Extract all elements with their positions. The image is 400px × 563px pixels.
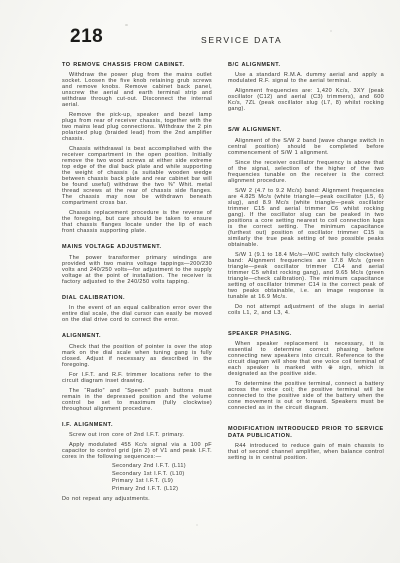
page-number: 218 — [70, 26, 103, 48]
paragraph: For I.F.T. and R.F. trimmer locations re… — [62, 372, 212, 384]
section-heading: MAINS VOLTAGE ADJUSTMENT. — [62, 244, 212, 250]
list-item: Primary 1st I.F.T. (L9) — [112, 478, 212, 484]
paragraph: Withdraw the power plug from the mains o… — [62, 72, 212, 108]
paragraph: Chassis withdrawal is best accomplished … — [62, 146, 212, 206]
section-dial-calibration: DIAL CALIBRATION. In the event of an equ… — [62, 295, 212, 323]
paragraph: S/W 1 (9.1 to 18.4 Mc/s—W/C switch fully… — [228, 252, 384, 300]
paragraph: R44 introduced to reduce gain of main ch… — [228, 443, 384, 461]
section-heading: SPEAKER PHASING. — [228, 331, 384, 337]
paragraph: Screw out iron core of 2nd I.F.T. primar… — [62, 432, 212, 438]
section-heading: S/W ALIGNMENT. — [228, 127, 384, 133]
section-bc-alignment: B/C ALIGNMENT. Use a standard R.M.A. dum… — [228, 62, 384, 112]
section-heading: MODIFICATION INTRODUCED PRIOR TO SERVICE… — [228, 426, 384, 439]
section-alignment: ALIGNMENT. Check that the position of po… — [62, 333, 212, 411]
right-column: B/C ALIGNMENT. Use a standard R.M.A. dum… — [228, 62, 384, 461]
scan-speck — [125, 24, 128, 26]
section-heading: I.F. ALIGNMENT. — [62, 422, 212, 428]
page-title: SERVICE DATA — [201, 35, 282, 45]
paragraph: Apply modulated 455 Kc/s signal via a 10… — [62, 442, 212, 460]
paragraph: The power transformer primary windings a… — [62, 255, 212, 285]
section-sw-alignment: S/W ALIGNMENT. Alignment of the S/W 2 ba… — [228, 127, 384, 315]
section-heading: ALIGNMENT. — [62, 333, 212, 339]
section-heading: DIAL CALIBRATION. — [62, 295, 212, 301]
list-item: Secondary 2nd I.F.T. (L11) — [112, 463, 212, 469]
section-heading: TO REMOVE CHASSIS FROM CABINET. — [62, 62, 212, 68]
list-item: Primary 2nd I.F.T. (L12) — [112, 486, 212, 492]
paragraph: In the event of an equal calibration err… — [62, 305, 212, 323]
scanned-page: 218 SERVICE DATA TO REMOVE CHASSIS FROM … — [0, 0, 400, 563]
section-remove-chassis: TO REMOVE CHASSIS FROM CABINET. Withdraw… — [62, 62, 212, 234]
paragraph: Do not attempt adjustment of the slugs i… — [228, 304, 384, 316]
section-heading: B/C ALIGNMENT. — [228, 62, 384, 68]
paragraph: Alignment of the S/W 2 band (wave change… — [228, 138, 384, 156]
paragraph: Check that the position of pointer is ov… — [62, 344, 212, 368]
section-speaker-phasing: SPEAKER PHASING. When speaker replacemen… — [228, 331, 384, 411]
paragraph: Remove the pick-up, speaker and bezel la… — [62, 112, 212, 142]
left-column: TO REMOVE CHASSIS FROM CABINET. Withdraw… — [62, 62, 212, 502]
paragraph: Do not repeat any adjustments. — [62, 496, 212, 502]
section-modification-note: MODIFICATION INTRODUCED PRIOR TO SERVICE… — [228, 426, 384, 461]
paragraph: Use a standard R.M.A. dummy aerial and a… — [228, 72, 384, 84]
scan-speck — [196, 524, 198, 526]
ift-sequence-list: Secondary 2nd I.F.T. (L11) Secondary 1st… — [112, 463, 212, 492]
paragraph: When speaker replacement is necessary, i… — [228, 341, 384, 377]
section-if-alignment: I.F. ALIGNMENT. Screw out iron core of 2… — [62, 422, 212, 502]
list-item: Secondary 1st I.F.T. (L10) — [112, 471, 212, 477]
paragraph: Alignment frequencies are: 1,420 Kc/s, 3… — [228, 88, 384, 112]
scan-speck — [330, 30, 332, 32]
paragraph: The “Radio” and “Speech” push buttons mu… — [62, 388, 212, 412]
paragraph: To determine the positive terminal, conn… — [228, 381, 384, 411]
paragraph: Since the receiver oscillator frequency … — [228, 160, 384, 184]
paragraph: S/W 2 (4.7 to 9.2 Mc/s) band: Alignment … — [228, 188, 384, 248]
paragraph: Chassis replacement procedure is the rev… — [62, 210, 212, 234]
section-mains-voltage: MAINS VOLTAGE ADJUSTMENT. The power tran… — [62, 244, 212, 284]
